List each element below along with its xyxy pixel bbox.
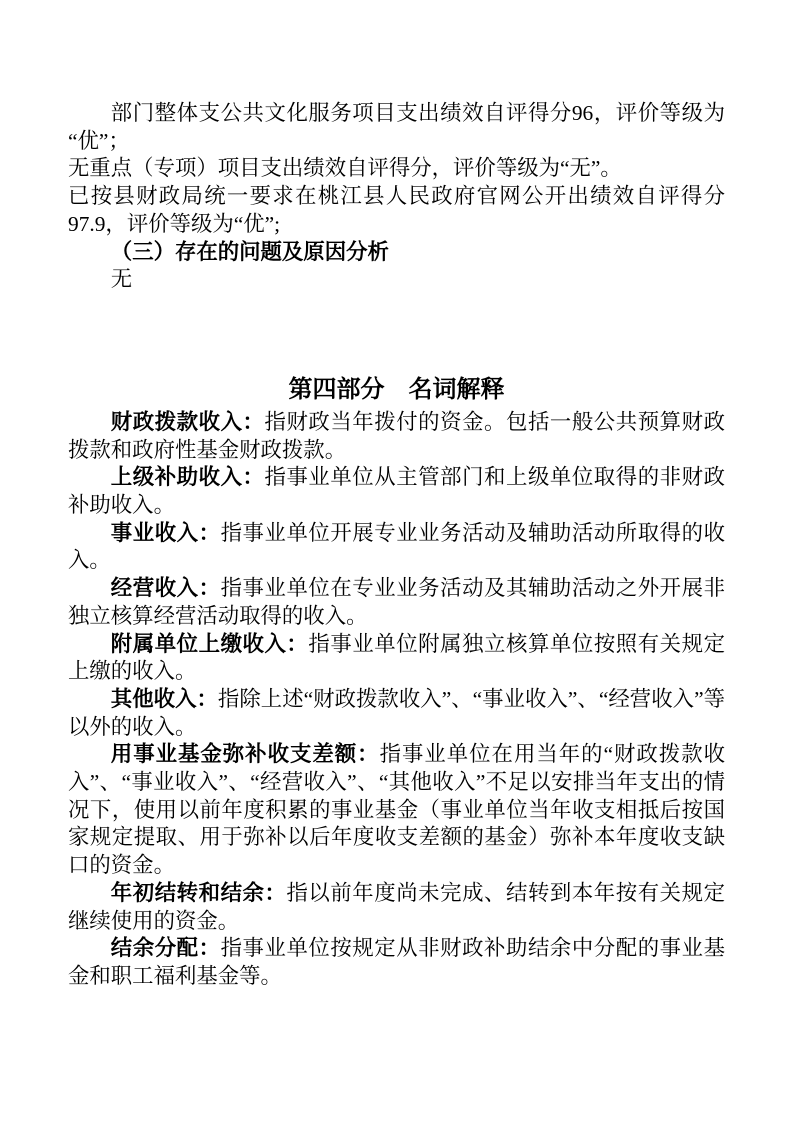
glossary-term-fund-deficit-coverage: 用事业基金弥补收支差额： [111, 742, 380, 766]
glossary-entry: 用事业基金弥补收支差额：指事业单位在用当年的“财政拨款收入”、“事业收入”、“经… [68, 741, 725, 880]
performance-paragraph-no-key-project: 无重点（专项）项目支出绩效自评得分，评价等级为“无”。 [68, 155, 725, 183]
glossary-term-carryover-and-balance: 年初结转和结余： [111, 881, 287, 905]
glossary-entry: 其他收入：指除上述“财政拨款收入”、“事业收入”、“经营收入”等以外的收入。 [68, 686, 725, 741]
glossary-term-institutional-income: 事业收入： [111, 521, 221, 545]
glossary-term-operating-income: 经营收入： [111, 576, 221, 600]
glossary-entry: 财政拨款收入：指财政当年拨付的资金。包括一般公共预算财政拨款和政府性基金财政拨款… [68, 409, 725, 464]
glossary-term-affiliated-unit-remittance: 附属单位上缴收入： [111, 632, 309, 656]
glossary-entry: 经营收入：指事业单位在专业业务活动及其辅助活动之外开展非独立核算经营活动取得的收… [68, 575, 725, 630]
glossary-entry: 附属单位上缴收入：指事业单位附属独立核算单位按照有关规定上缴的收入。 [68, 631, 725, 686]
problems-analysis-heading: （三）存在的问题及原因分析 [68, 239, 725, 267]
glossary-entry: 结余分配：指事业单位按规定从非财政补助结余中分配的事业基金和职工福利基金等。 [68, 935, 725, 990]
glossary-entry: 事业收入：指事业单位开展专业业务活动及辅助活动所取得的收入。 [68, 520, 725, 575]
performance-paragraph-dept-score: 部门整体支公共文化服务项目支出绩效自评得分96，评价等级为“优”； [68, 100, 725, 155]
problems-analysis-answer: 无 [68, 266, 725, 294]
glossary-entry: 年初结转和结余：指以前年度尚未完成、结转到本年按有关规定继续使用的资金。 [68, 880, 725, 935]
document-page: 部门整体支公共文化服务项目支出绩效自评得分96，评价等级为“优”； 无重点（专项… [0, 0, 793, 1122]
glossary-section-title: 第四部分 名词解释 [68, 374, 725, 405]
glossary-term-fiscal-appropriation-income: 财政拨款收入： [111, 410, 265, 434]
performance-paragraph-publish-score: 已按县财政局统一要求在桃江县人民政府官网公开出绩效自评得分97.9，评价等级为“… [68, 183, 725, 238]
glossary-section: 财政拨款收入：指财政当年拨付的资金。包括一般公共预算财政拨款和政府性基金财政拨款… [68, 409, 725, 991]
performance-summary-section: 部门整体支公共文化服务项目支出绩效自评得分96，评价等级为“优”； 无重点（专项… [68, 100, 725, 294]
glossary-entry: 上级补助收入：指事业单位从主管部门和上级单位取得的非财政补助收入。 [68, 464, 725, 519]
glossary-term-balance-distribution: 结余分配： [111, 936, 221, 960]
glossary-term-superior-subsidy-income: 上级补助收入： [111, 465, 265, 489]
glossary-term-other-income: 其他收入： [111, 687, 218, 711]
